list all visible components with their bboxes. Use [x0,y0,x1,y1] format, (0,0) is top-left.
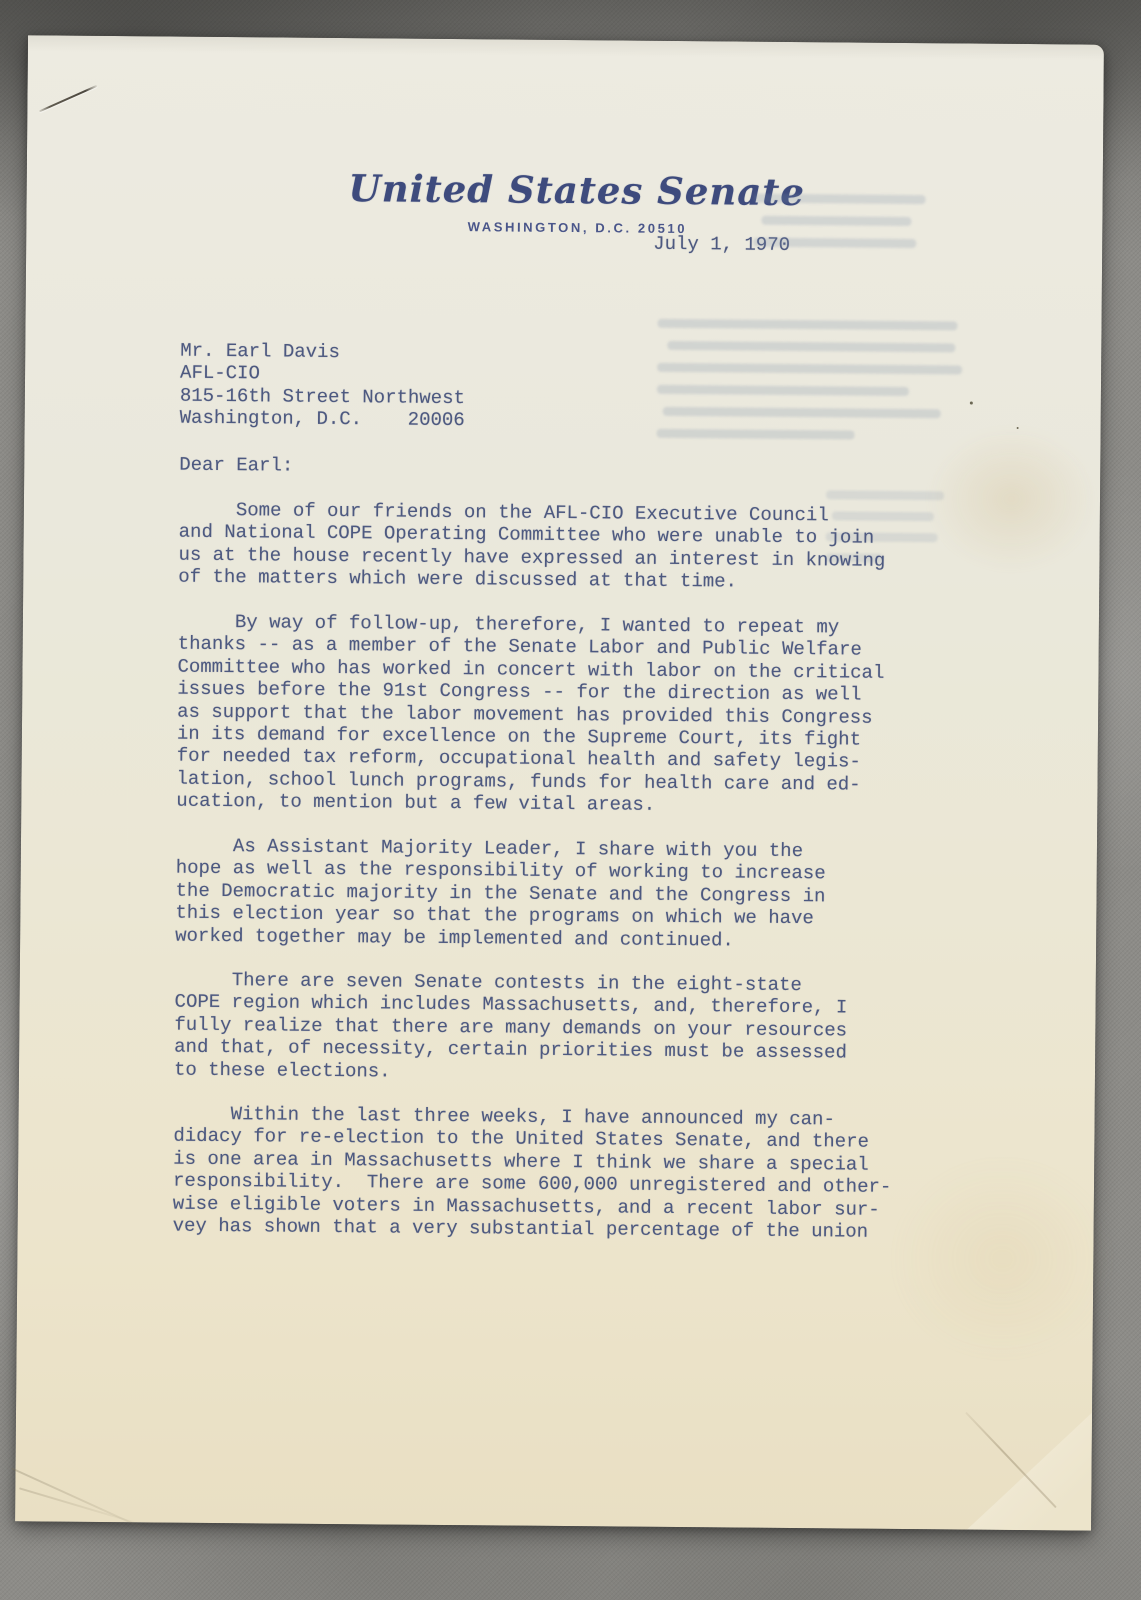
paper-speck [1017,427,1019,429]
paper-speck [970,402,973,405]
folded-corner [967,1412,1092,1531]
body-paragraph-2: By way of follow-up, therefore, I wanted… [176,611,885,819]
photo-background: United States Senate WASHINGTON, D.C. 20… [0,0,1141,1600]
bottom-left-crease [11,1467,157,1535]
body-paragraph-1: Some of our friends on the AFL-CIO Execu… [178,499,886,595]
recipient-address: Mr. Earl Davis AFL-CIO 815-16th Street N… [180,340,466,432]
body-paragraph-5: Within the last three weeks, I have anno… [173,1103,892,1244]
body-paragraph-3: As Assistant Majority Leader, I share wi… [175,835,826,953]
bottom-left-crease [19,1487,134,1523]
body-paragraph-4: There are seven Senate contests in the e… [174,969,848,1087]
paper-tear-mark [39,85,97,112]
letterhead-title: United States Senate [27,163,1103,216]
bleed-through-text-top [753,194,926,261]
salutation: Dear Earl: [179,454,293,477]
bleed-through-text-middle [656,319,962,454]
letter-paper: United States Senate WASHINGTON, D.C. 20… [15,35,1104,1530]
paper-stain [886,1153,1118,1365]
letterhead-subtitle: WASHINGTON, D.C. 20510 [26,215,1102,239]
